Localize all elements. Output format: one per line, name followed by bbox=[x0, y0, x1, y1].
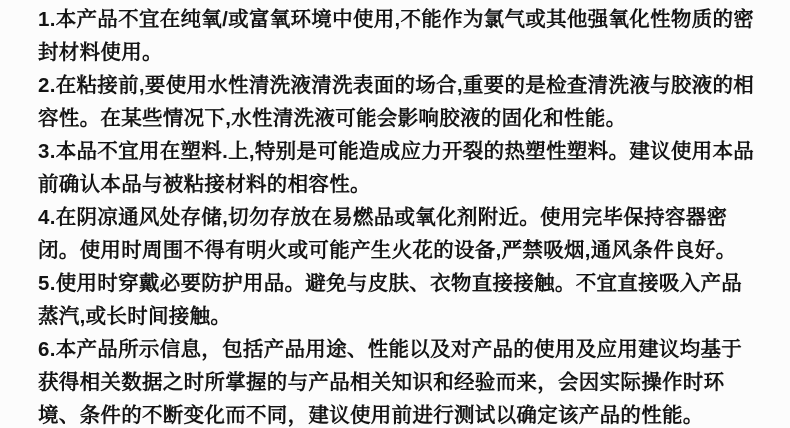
instructions-document: 1.本产品不宜在纯氧/或富氧环境中使用,不能作为氯气或其他强氧化性物质的密封材料… bbox=[0, 0, 790, 428]
instruction-item-2: 2.在粘接前,要使用水性清洗液清洗表面的场合,重要的是检查清洗液与胶液的相容性。… bbox=[38, 69, 757, 135]
instruction-item-1: 1.本产品不宜在纯氧/或富氧环境中使用,不能作为氯气或其他强氧化性物质的密封材料… bbox=[38, 3, 757, 69]
instruction-item-5: 5.使用时穿戴必要防护用品。避免与皮肤、衣物直接接触。不宜直接吸入产品蒸汽,或长… bbox=[38, 267, 757, 333]
instruction-item-6: 6.本产品所示信息，包括产品用途、性能以及对产品的使用及应用建议均基于获得相关数… bbox=[38, 333, 757, 428]
instruction-item-3: 3.本品不宜用在塑料.上,特别是可能造成应力开裂的热塑性塑料。建议使用本品前确认… bbox=[38, 135, 757, 201]
instruction-item-4: 4.在阴凉通风处存储,切勿存放在易燃品或氧化剂附近。使用完毕保持容器密闭。使用时… bbox=[38, 201, 757, 267]
